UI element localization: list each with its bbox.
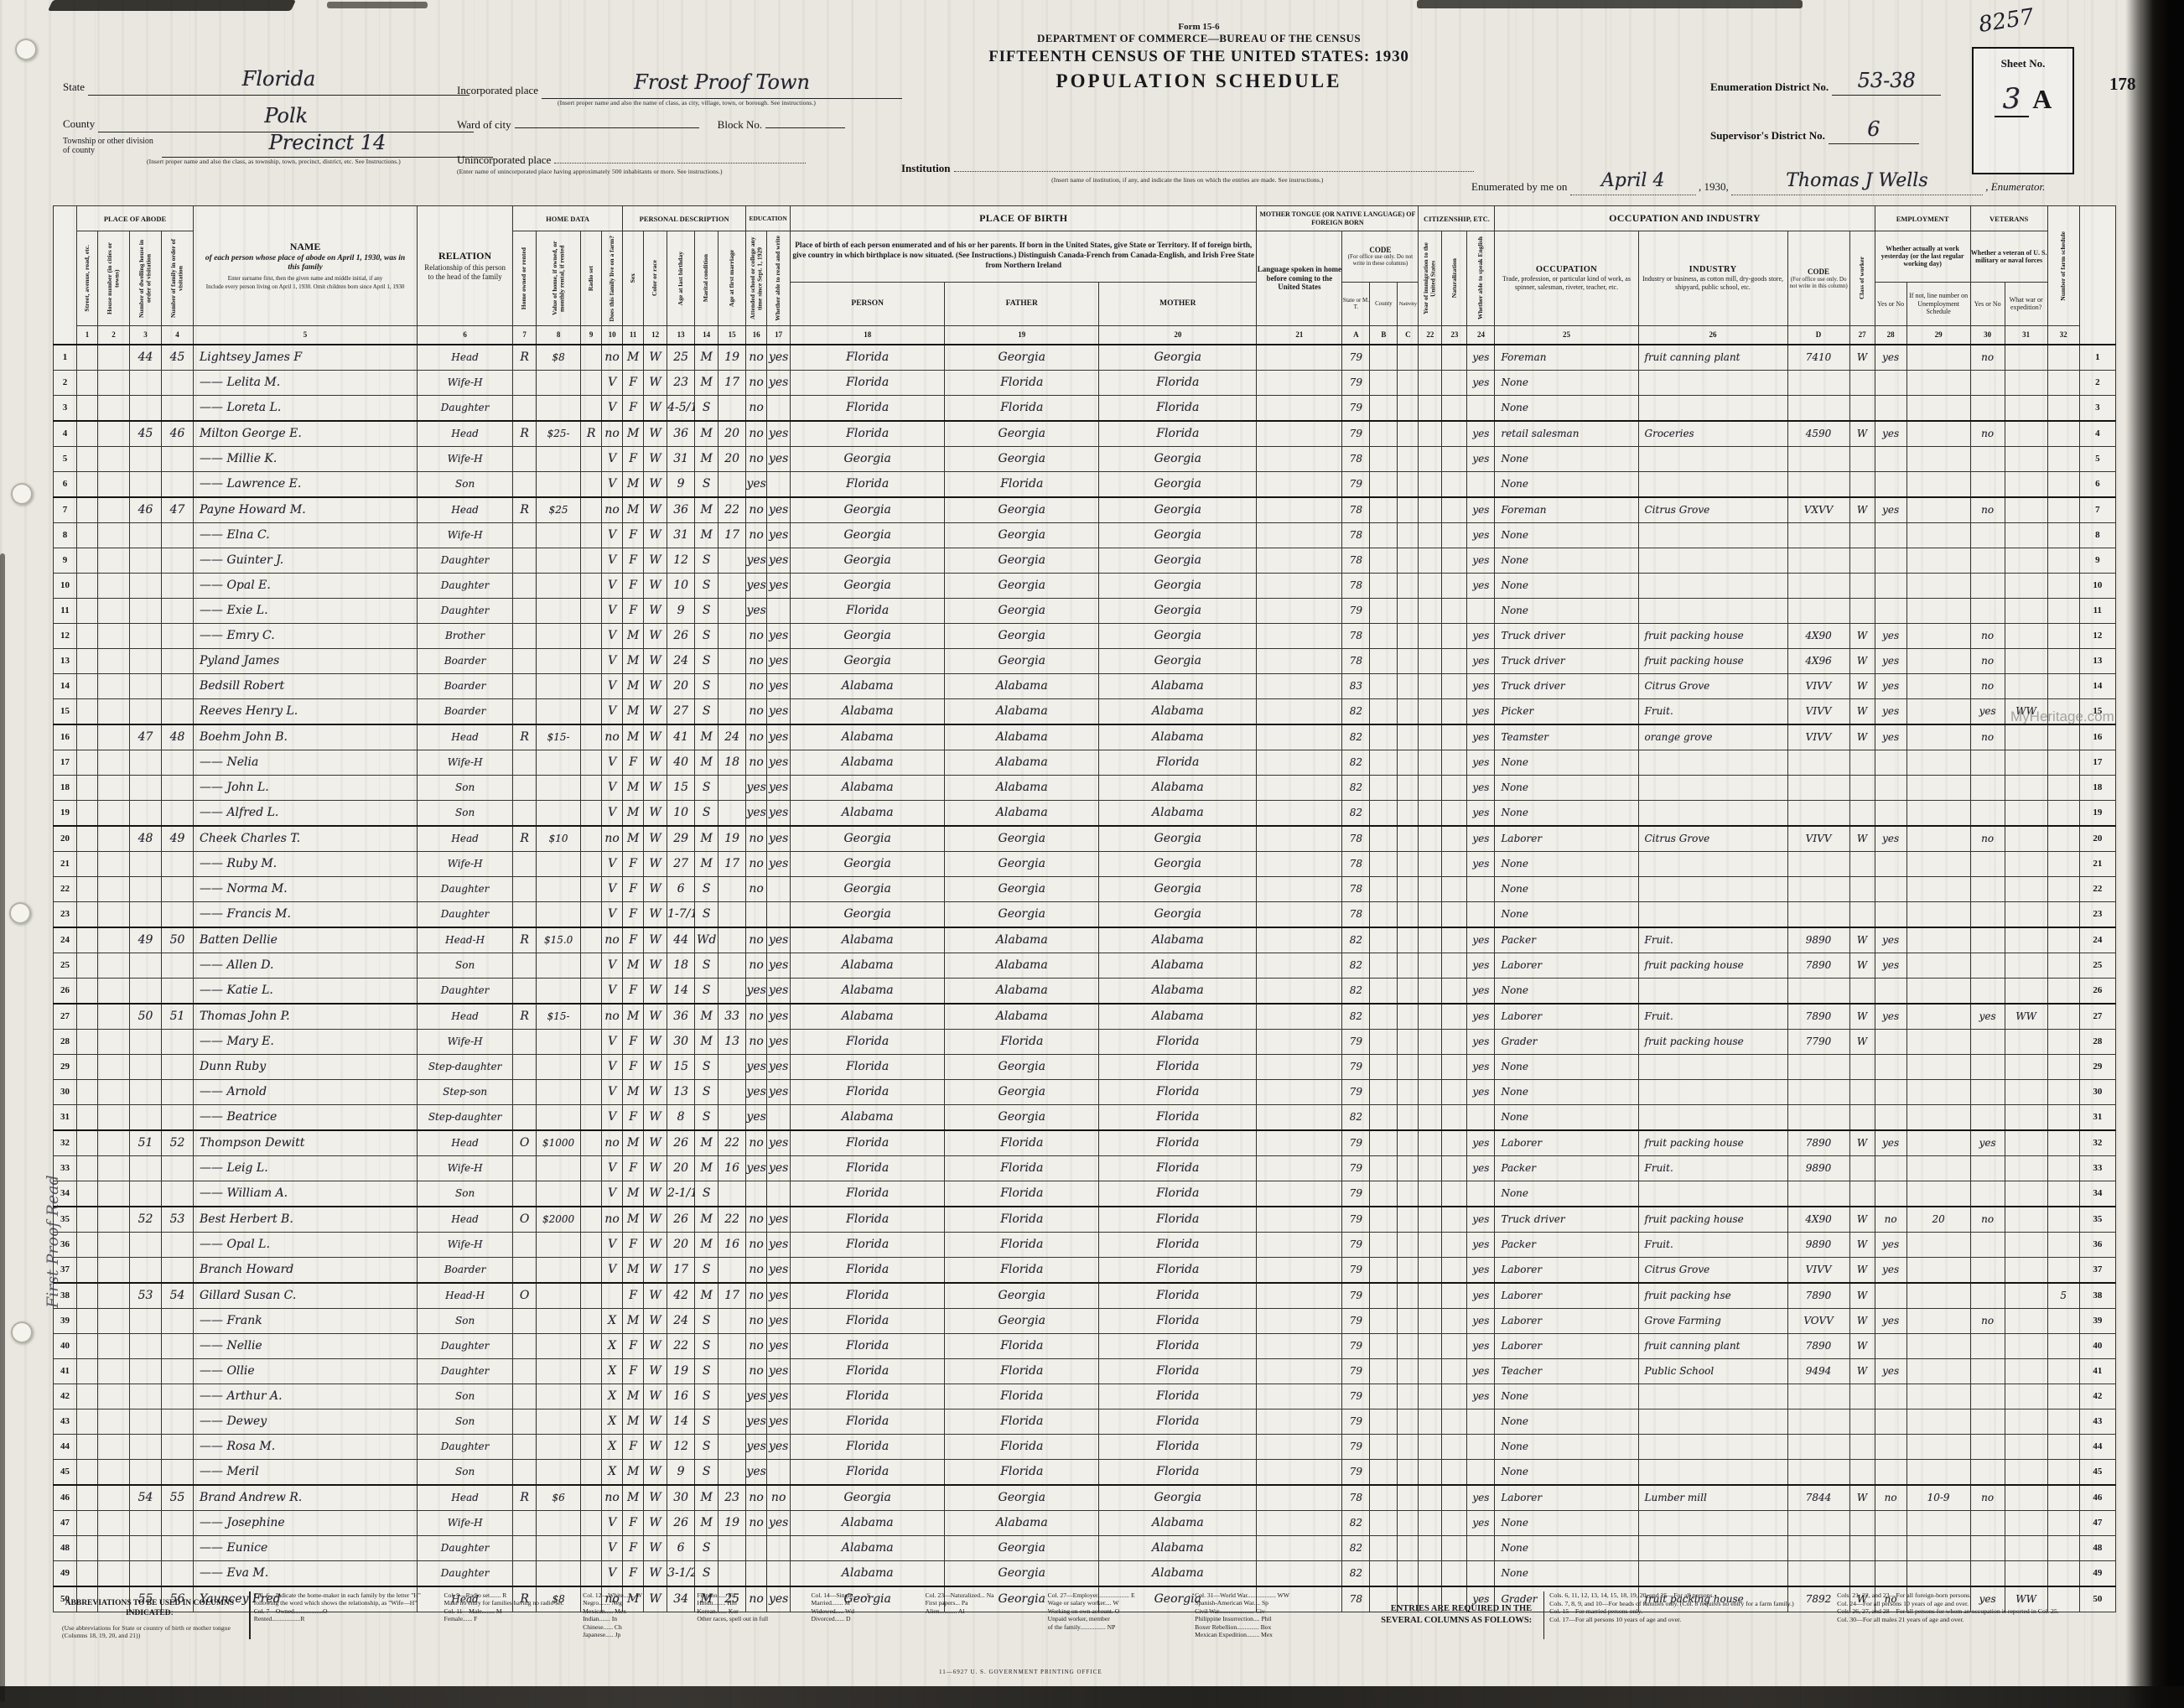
cell bbox=[581, 370, 602, 395]
cell bbox=[1419, 673, 1442, 698]
cell: W bbox=[1849, 953, 1875, 978]
cell bbox=[162, 1181, 194, 1207]
cell bbox=[1419, 1054, 1442, 1079]
cell: 79 bbox=[1342, 370, 1370, 395]
cell bbox=[1442, 1207, 1467, 1233]
cell: W bbox=[1849, 1207, 1875, 1233]
cell: F bbox=[623, 1232, 644, 1257]
cell: Packer bbox=[1495, 927, 1638, 953]
cell: no bbox=[746, 1130, 767, 1156]
cell bbox=[2047, 1004, 2079, 1030]
cell: Florida bbox=[791, 598, 945, 623]
cell: M bbox=[623, 1459, 644, 1485]
cell: O bbox=[513, 1130, 537, 1156]
cell bbox=[1419, 345, 1442, 371]
cell bbox=[1257, 851, 1342, 876]
cell: Groceries bbox=[1638, 421, 1787, 447]
column-number: 19 bbox=[945, 326, 1099, 345]
cell bbox=[2005, 1535, 2047, 1560]
cell: W bbox=[1849, 927, 1875, 953]
cell bbox=[2047, 1155, 2079, 1181]
cell: W bbox=[644, 724, 667, 750]
cell: Daughter bbox=[418, 876, 513, 901]
cell bbox=[98, 497, 130, 523]
cell: Georgia bbox=[945, 522, 1099, 548]
cell: —— Ollie bbox=[194, 1358, 418, 1384]
cell: 1-7/12 bbox=[667, 901, 695, 927]
cell: Alabama bbox=[945, 750, 1099, 775]
cell bbox=[130, 876, 162, 901]
hole-punch bbox=[15, 39, 37, 60]
cell: 25 bbox=[2079, 953, 2115, 978]
table-row: 31—— BeatriceStep-daughterVFW8SyesAlabam… bbox=[54, 1104, 2116, 1130]
cell: Alabama bbox=[1099, 927, 1257, 953]
cell bbox=[162, 876, 194, 901]
table-row: 204849Cheek Charles T.HeadR$10noMW29M19n… bbox=[54, 826, 2116, 852]
cell: S bbox=[695, 548, 718, 573]
cell: W bbox=[644, 953, 667, 978]
cell bbox=[77, 1004, 98, 1030]
column-number: 13 bbox=[667, 326, 695, 345]
cell: —— Opal E. bbox=[194, 573, 418, 598]
footer-line: Mexican..... Mex bbox=[583, 1607, 682, 1615]
cell: VIVV bbox=[1787, 698, 1849, 724]
cell bbox=[1467, 1181, 1495, 1207]
cell bbox=[1442, 522, 1467, 548]
cell: Georgia bbox=[945, 1283, 1099, 1309]
cell: yes bbox=[767, 1029, 791, 1054]
cell: V bbox=[602, 1257, 623, 1283]
cell: W bbox=[644, 1079, 667, 1104]
cell: 83 bbox=[1342, 673, 1370, 698]
cell bbox=[2005, 1358, 2047, 1384]
cell: yes bbox=[767, 1257, 791, 1283]
cell bbox=[162, 673, 194, 698]
cell bbox=[581, 1358, 602, 1384]
col-age-first-marriage: Age at first marriage bbox=[718, 231, 746, 326]
cell: no bbox=[1970, 345, 2005, 371]
cell bbox=[537, 1358, 581, 1384]
cell: Wd bbox=[695, 927, 718, 953]
cell bbox=[1906, 395, 1970, 421]
cell: W bbox=[644, 623, 667, 648]
cell bbox=[537, 673, 581, 698]
cell: yes bbox=[746, 1079, 767, 1104]
column-number: 30 bbox=[1970, 326, 2005, 345]
cell bbox=[1970, 471, 2005, 497]
cell bbox=[1398, 1535, 1419, 1560]
code-c-label: Nativity bbox=[1398, 282, 1419, 325]
cell bbox=[1906, 1333, 1970, 1358]
unincorporated-note: (Enter name of unincorporated place havi… bbox=[457, 168, 806, 175]
cell: 79 bbox=[1342, 1232, 1370, 1257]
cell: W bbox=[644, 750, 667, 775]
table-row: 2—— Lelita M.Wife-HVFW23M17noyesFloridaF… bbox=[54, 370, 2116, 395]
cell bbox=[1370, 724, 1398, 750]
cell: Georgia bbox=[1099, 497, 1257, 523]
cell: Florida bbox=[1099, 1333, 1257, 1358]
cell bbox=[1970, 1079, 2005, 1104]
cell bbox=[1849, 901, 1875, 927]
cell: no bbox=[746, 421, 767, 447]
cell: yes bbox=[767, 1434, 791, 1459]
cell: V bbox=[602, 750, 623, 775]
place-of-birth-desc: Place of birth of each person enumerated… bbox=[791, 231, 1257, 283]
cell: W bbox=[644, 1283, 667, 1309]
column-number: 3 bbox=[130, 326, 162, 345]
cell: 78 bbox=[1342, 1485, 1370, 1511]
cell bbox=[1419, 598, 1442, 623]
cell bbox=[1257, 927, 1342, 953]
scan-smudge bbox=[48, 0, 296, 11]
cell bbox=[1467, 876, 1495, 901]
cell: yes bbox=[767, 800, 791, 826]
cell bbox=[581, 1283, 602, 1309]
cell: Georgia bbox=[945, 623, 1099, 648]
footer-line: Chinese...... Ch bbox=[583, 1623, 682, 1631]
cell bbox=[1970, 573, 2005, 598]
cell bbox=[2047, 1308, 2079, 1333]
cell bbox=[513, 1257, 537, 1283]
table-row: 14445Lightsey James FHeadR$8noMW25M19noy… bbox=[54, 345, 2116, 371]
cell: 7890 bbox=[1787, 1130, 1849, 1156]
cell bbox=[718, 1535, 746, 1560]
cell bbox=[2005, 548, 2047, 573]
cell bbox=[1787, 978, 1849, 1004]
cell bbox=[2047, 1333, 2079, 1358]
cell bbox=[98, 370, 130, 395]
cell: M bbox=[623, 648, 644, 673]
cell: 38 bbox=[2079, 1283, 2115, 1309]
cell: V bbox=[602, 876, 623, 901]
cell bbox=[1442, 1283, 1467, 1309]
cell: —— Josephine bbox=[194, 1510, 418, 1535]
cell: no bbox=[746, 724, 767, 750]
cell: 10 bbox=[54, 573, 77, 598]
cell: no bbox=[746, 1485, 767, 1511]
cell bbox=[77, 1181, 98, 1207]
incorporated-note: (Insert proper name and also the name of… bbox=[558, 99, 902, 106]
cell: F bbox=[623, 522, 644, 548]
cell bbox=[1787, 1384, 1849, 1409]
cell: F bbox=[623, 1155, 644, 1181]
cell bbox=[1849, 1384, 1875, 1409]
group-personal-description: PERSONAL DESCRIPTION bbox=[623, 206, 746, 231]
cell: Florida bbox=[791, 1181, 945, 1207]
cell: Son bbox=[418, 775, 513, 800]
incorporated-field: Incorporated place Frost Proof Town (Ins… bbox=[457, 77, 902, 106]
column-number: 26 bbox=[1638, 326, 1787, 345]
cell: yes bbox=[1467, 421, 1495, 447]
cell bbox=[581, 1181, 602, 1207]
cell bbox=[1849, 1560, 1875, 1586]
cell bbox=[130, 395, 162, 421]
ward-field: Ward of city Block No. bbox=[457, 117, 845, 132]
occupation-title: OCCUPATION bbox=[1495, 265, 1637, 274]
cell: yes bbox=[767, 1283, 791, 1309]
cell: yes bbox=[1467, 851, 1495, 876]
cell: Florida bbox=[791, 1409, 945, 1434]
cell: Step-son bbox=[418, 1079, 513, 1104]
cell bbox=[1370, 1104, 1398, 1130]
cell bbox=[718, 1308, 746, 1333]
cell: Fruit. bbox=[1638, 927, 1787, 953]
cell: 79 bbox=[1342, 1130, 1370, 1156]
cell: W bbox=[1849, 1308, 1875, 1333]
cell bbox=[1370, 1181, 1398, 1207]
cell: W bbox=[644, 800, 667, 826]
cell bbox=[1257, 1104, 1342, 1130]
cell: 24 bbox=[718, 724, 746, 750]
cell: 5 bbox=[2047, 1283, 2079, 1309]
cell: S bbox=[695, 1054, 718, 1079]
cell: Wife-H bbox=[418, 446, 513, 471]
cell bbox=[537, 1155, 581, 1181]
cell bbox=[1257, 775, 1342, 800]
cell bbox=[1906, 724, 1970, 750]
cell bbox=[1257, 1130, 1342, 1156]
footer-line: Col. 30—For all males 21 years of age an… bbox=[1837, 1616, 2109, 1624]
cell: V bbox=[602, 1079, 623, 1104]
cell bbox=[1370, 953, 1398, 978]
hole-punch bbox=[9, 902, 31, 924]
cell bbox=[1906, 750, 1970, 775]
cell bbox=[130, 953, 162, 978]
cell: 24 bbox=[667, 648, 695, 673]
cell bbox=[2005, 1029, 2047, 1054]
cell bbox=[1398, 826, 1419, 852]
table-row: 49—— Eva M.DaughterVFW3-1/2SAlabamaGeorg… bbox=[54, 1560, 2116, 1586]
cell bbox=[1787, 876, 1849, 901]
col-home-value: Value of home, if owned, or monthly rent… bbox=[537, 231, 581, 326]
cell bbox=[767, 1104, 791, 1130]
cell: F bbox=[623, 548, 644, 573]
cell bbox=[2047, 598, 2079, 623]
footer-line: Widowed..... Wd bbox=[811, 1607, 910, 1615]
cell: W bbox=[644, 1155, 667, 1181]
cell: —— Emry C. bbox=[194, 623, 418, 648]
cell bbox=[513, 673, 537, 698]
cell: orange grove bbox=[1638, 724, 1787, 750]
cell bbox=[2047, 1257, 2079, 1283]
cell bbox=[718, 953, 746, 978]
cell bbox=[1398, 1155, 1419, 1181]
cell bbox=[1442, 1232, 1467, 1257]
cell: W bbox=[1849, 673, 1875, 698]
cell: Alabama bbox=[1099, 1560, 1257, 1586]
cell bbox=[1398, 395, 1419, 421]
cell: 4 bbox=[54, 421, 77, 447]
footer-line: First papers... Pa bbox=[926, 1599, 1033, 1607]
cell bbox=[1257, 698, 1342, 724]
cell: Head bbox=[418, 1207, 513, 1233]
cell bbox=[1906, 698, 1970, 724]
cell: S bbox=[695, 1358, 718, 1384]
cell bbox=[537, 876, 581, 901]
cell: no bbox=[746, 750, 767, 775]
cell bbox=[1875, 1434, 1906, 1459]
cell: 13 bbox=[718, 1029, 746, 1054]
table-header: PLACE OF ABODE NAME of each person whose… bbox=[54, 206, 2116, 345]
cell: W bbox=[644, 1181, 667, 1207]
group-education: EDUCATION bbox=[746, 206, 791, 231]
cell bbox=[2005, 446, 2047, 471]
cell: Florida bbox=[791, 1029, 945, 1054]
cell bbox=[513, 471, 537, 497]
cell bbox=[77, 1207, 98, 1233]
cell: 42 bbox=[54, 1384, 77, 1409]
cell bbox=[1849, 851, 1875, 876]
cell bbox=[98, 446, 130, 471]
cell: 45 bbox=[162, 345, 194, 371]
cell bbox=[537, 1054, 581, 1079]
cell: W bbox=[644, 370, 667, 395]
cell bbox=[1370, 1029, 1398, 1054]
cell bbox=[1906, 573, 1970, 598]
cell: 16 bbox=[2079, 724, 2115, 750]
cell: Alabama bbox=[1099, 1510, 1257, 1535]
cell bbox=[2005, 1181, 2047, 1207]
cell bbox=[162, 1257, 194, 1283]
cell bbox=[1442, 1054, 1467, 1079]
table-row: 26—— Katie L.DaughterVFW14SyesyesAlabama… bbox=[54, 978, 2116, 1004]
cell bbox=[98, 421, 130, 447]
cell bbox=[2005, 851, 2047, 876]
cell bbox=[1638, 1409, 1787, 1434]
cell: Alabama bbox=[1099, 775, 1257, 800]
cell: Georgia bbox=[1099, 471, 1257, 497]
cell: Packer bbox=[1495, 1155, 1638, 1181]
cell: Florida bbox=[945, 1029, 1099, 1054]
cell bbox=[513, 1104, 537, 1130]
column-number: 20 bbox=[1099, 326, 1257, 345]
cell: 40 bbox=[54, 1333, 77, 1358]
cell: yes bbox=[1467, 345, 1495, 371]
cell bbox=[513, 598, 537, 623]
cell: 51 bbox=[162, 1004, 194, 1030]
cell: M bbox=[695, 370, 718, 395]
cell: retail salesman bbox=[1495, 421, 1638, 447]
cell bbox=[513, 1054, 537, 1079]
cell: Head bbox=[418, 724, 513, 750]
footer-line: Col. 11—Male........ M bbox=[444, 1607, 568, 1615]
cell bbox=[98, 548, 130, 573]
cell bbox=[581, 927, 602, 953]
cell bbox=[1419, 1459, 1442, 1485]
cell: M bbox=[623, 1207, 644, 1233]
cell bbox=[1370, 1257, 1398, 1283]
col-attended-school: Attended school or college any time sinc… bbox=[746, 231, 767, 326]
cell bbox=[130, 698, 162, 724]
cell bbox=[1906, 522, 1970, 548]
cell: Florida bbox=[791, 1333, 945, 1358]
cell bbox=[2005, 876, 2047, 901]
relation-desc: Relationship of this person to the head … bbox=[418, 262, 512, 283]
cell bbox=[1419, 901, 1442, 927]
cell: 7 bbox=[2079, 497, 2115, 523]
cell bbox=[1419, 573, 1442, 598]
footer-line: Mexican Expedition........ Mex bbox=[1195, 1631, 1335, 1638]
cell bbox=[1257, 876, 1342, 901]
cell bbox=[98, 1079, 130, 1104]
emp-yes-no: Yes or No bbox=[1875, 282, 1906, 325]
cell: Georgia bbox=[945, 648, 1099, 673]
cell bbox=[162, 1535, 194, 1560]
cell bbox=[581, 851, 602, 876]
cell bbox=[1875, 370, 1906, 395]
cell: 36 bbox=[667, 1004, 695, 1030]
cell: W bbox=[644, 522, 667, 548]
cell: S bbox=[695, 1409, 718, 1434]
cell bbox=[1849, 522, 1875, 548]
cell: Georgia bbox=[1099, 573, 1257, 598]
cell: F bbox=[623, 750, 644, 775]
cell bbox=[1906, 1181, 1970, 1207]
cell bbox=[1787, 446, 1849, 471]
cell: Georgia bbox=[945, 1560, 1099, 1586]
cell bbox=[162, 548, 194, 573]
cell bbox=[746, 1560, 767, 1586]
cell bbox=[1419, 1181, 1442, 1207]
cell: F bbox=[623, 901, 644, 927]
cell bbox=[1442, 1308, 1467, 1333]
table-row: 33—— Leig L.Wife-HVFW20M16yesyesFloridaF… bbox=[54, 1155, 2116, 1181]
cell: 79 bbox=[1342, 471, 1370, 497]
cell: Head-H bbox=[418, 927, 513, 953]
township-label: Township or other division of county bbox=[63, 137, 162, 155]
binding-shadow bbox=[2125, 0, 2184, 1708]
cell: $1000 bbox=[537, 1130, 581, 1156]
cell: —— Elna C. bbox=[194, 522, 418, 548]
cell: M bbox=[623, 421, 644, 447]
cell: 44 bbox=[130, 345, 162, 371]
cell: yes bbox=[746, 978, 767, 1004]
cell bbox=[1906, 370, 1970, 395]
cell: Truck driver bbox=[1495, 648, 1638, 673]
cell: 24 bbox=[54, 927, 77, 953]
column-number: 2 bbox=[98, 326, 130, 345]
cell: 78 bbox=[1342, 876, 1370, 901]
cell bbox=[1257, 598, 1342, 623]
code-d-note: (For office use only. Do not write in th… bbox=[1788, 276, 1849, 289]
cell bbox=[1398, 522, 1419, 548]
cell: —— William A. bbox=[194, 1181, 418, 1207]
cell bbox=[2047, 826, 2079, 852]
cell: 23 bbox=[2079, 901, 2115, 927]
cell bbox=[2047, 648, 2079, 673]
cell: 46 bbox=[2079, 1485, 2115, 1511]
cell bbox=[130, 1560, 162, 1586]
cell bbox=[2047, 1104, 2079, 1130]
cell: yes bbox=[1467, 548, 1495, 573]
cell: W bbox=[644, 1384, 667, 1409]
cell: yes bbox=[1467, 1510, 1495, 1535]
column-number: 25 bbox=[1495, 326, 1638, 345]
cell bbox=[537, 1409, 581, 1434]
cell: yes bbox=[767, 1308, 791, 1333]
cell bbox=[537, 1434, 581, 1459]
cell: 25 bbox=[54, 953, 77, 978]
cell: Florida bbox=[1099, 1181, 1257, 1207]
cell: $8 bbox=[537, 345, 581, 371]
cell bbox=[1787, 1459, 1849, 1485]
cell: R bbox=[513, 1004, 537, 1030]
cell bbox=[1419, 927, 1442, 953]
cell bbox=[1849, 471, 1875, 497]
table-row: 36—— Opal L.Wife-HVFW20M16noyesFloridaFl… bbox=[54, 1232, 2116, 1257]
cell bbox=[2047, 1535, 2079, 1560]
footer-line: Make no entry for families having no rad… bbox=[444, 1599, 568, 1607]
